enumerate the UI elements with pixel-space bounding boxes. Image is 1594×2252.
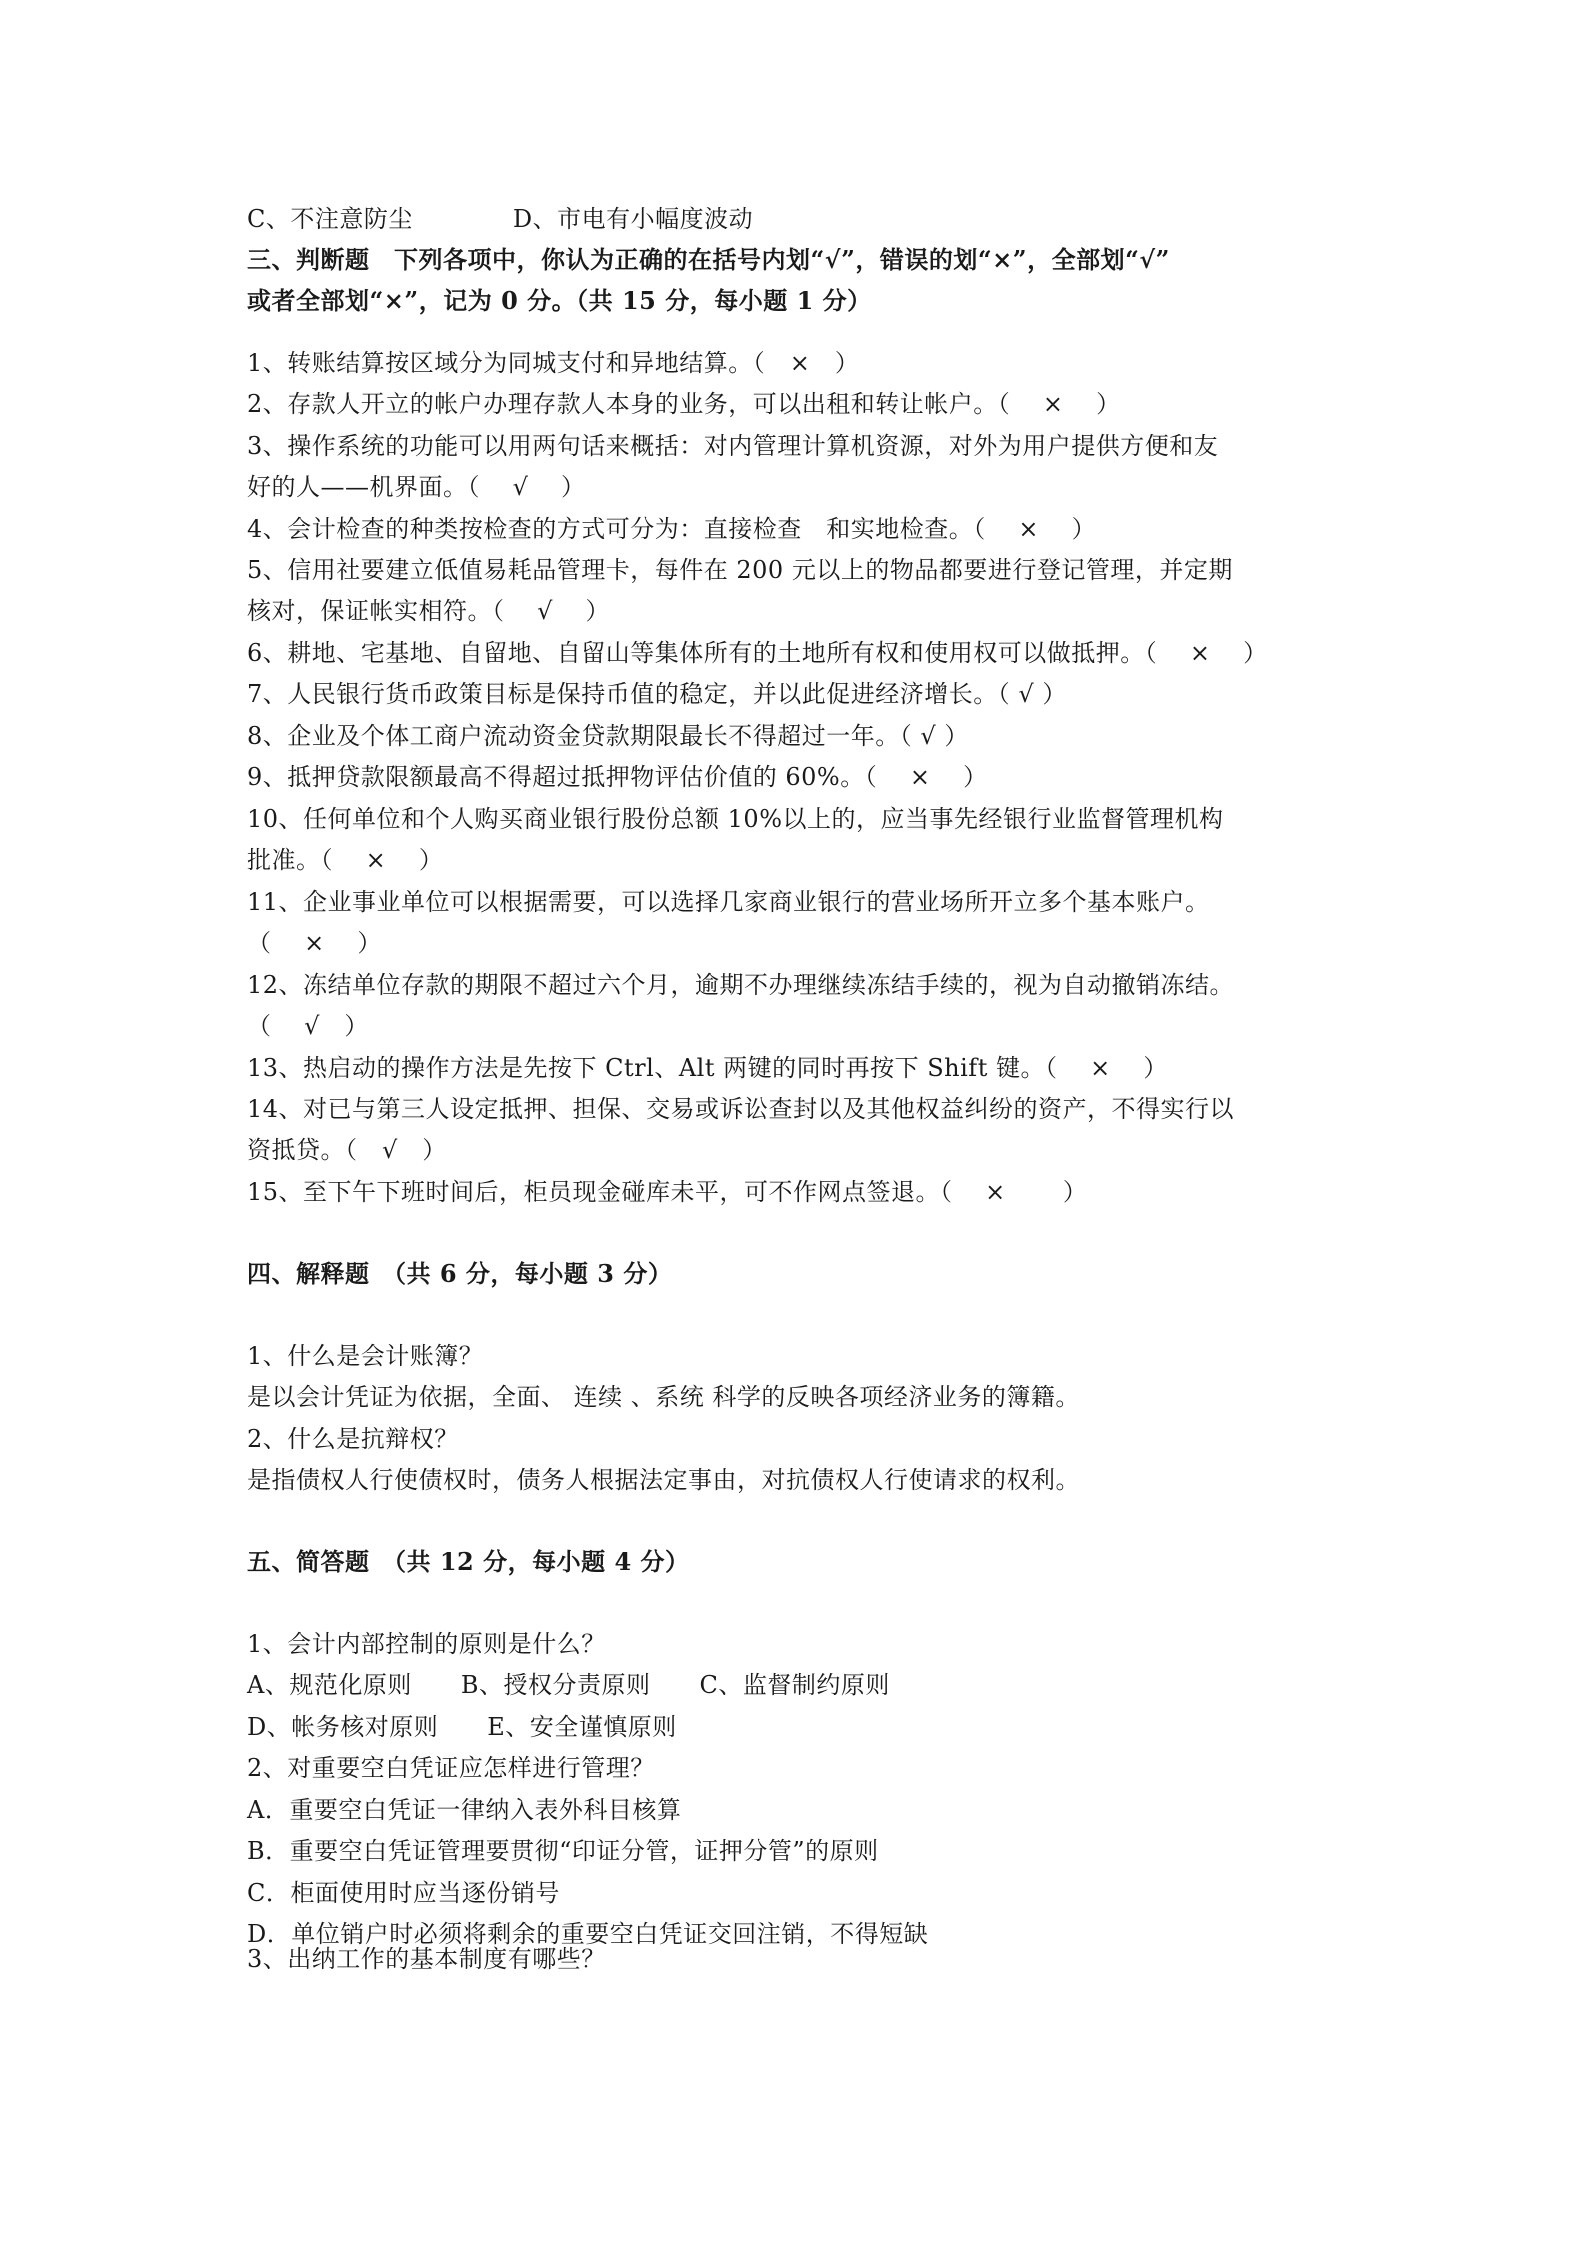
short-a1-line1: A、规范化原则 B、授权分责原则 C、监督制约原则: [247, 1670, 890, 1700]
previous-question-options: C、不注意防尘D、市电有小幅度波动: [247, 204, 753, 234]
section4-heading: 四、解释题 （共 6 分，每小题 3 分）: [247, 1259, 672, 1289]
judgment-item-3: 3、操作系统的功能可以用两句话来概括：对内管理计算机资源，对外为用户提供方便和友: [247, 431, 1218, 461]
explain-a2: 是指债权人行使债权时，债务人根据法定事由，对抗债权人行使请求的权利。: [247, 1465, 1080, 1495]
option-c: C、不注意防尘: [247, 205, 413, 233]
section3-heading-line1: 三、判断题 下列各项中，你认为正确的在括号内划“√”，错误的划“×”，全部划“√…: [247, 245, 1170, 275]
short-q3: 3、出纳工作的基本制度有哪些？: [247, 1944, 606, 1974]
judgment-item-12-cont: （ √ ）: [247, 1011, 369, 1041]
short-a2-b: B．重要空白凭证管理要贯彻“印证分管，证押分管”的原则: [247, 1836, 879, 1866]
section3-heading-line2: 或者全部划“×”，记为 0 分。（共 15 分，每小题 1 分）: [247, 286, 872, 316]
section5-heading: 五、简答题 （共 12 分，每小题 4 分）: [247, 1547, 690, 1577]
judgment-item-7: 7、人民银行货币政策目标是保持币值的稳定，并以此促进经济增长。（ √ ）: [247, 679, 1067, 709]
judgment-item-10: 10、任何单位和个人购买商业银行股份总额 10%以上的，应当事先经银行业监督管理…: [247, 804, 1224, 834]
judgment-item-12: 12、冻结单位存款的期限不超过六个月，逾期不办理继续冻结手续的，视为自动撤销冻结…: [247, 970, 1234, 1000]
short-a2-c: C．柜面使用时应当逐份销号: [247, 1878, 560, 1908]
judgment-item-14: 14、对已与第三人设定抵押、担保、交易或诉讼查封以及其他权益纠纷的资产，不得实行…: [247, 1094, 1234, 1124]
judgment-item-10-cont: 批准。（ × ）: [247, 845, 443, 875]
short-q2: 2、对重要空白凭证应怎样进行管理？: [247, 1753, 655, 1783]
short-a1-line2: D、帐务核对原则 E、安全谨慎原则: [247, 1712, 677, 1742]
judgment-item-3-cont: 好的人——机界面。（ √ ）: [247, 472, 586, 502]
explain-a1: 是以会计凭证为依据，全面、 连续 、系统 科学的反映各项经济业务的簿籍。: [247, 1382, 1080, 1412]
explain-q2: 2、什么是抗辩权？: [247, 1424, 459, 1454]
option-d: D、市电有小幅度波动: [513, 205, 753, 233]
judgment-item-5-cont: 核对，保证帐实相符。（ √ ）: [247, 596, 610, 626]
judgment-item-4: 4、会计检查的种类按检查的方式可分为：直接检查 和实地检查。（ × ）: [247, 514, 1096, 544]
judgment-item-1: 1、转账结算按区域分为同城支付和异地结算。（ × ）: [247, 348, 859, 378]
judgment-item-14-cont: 资抵贷。（ √ ）: [247, 1135, 447, 1165]
judgment-item-15: 15、至下午下班时间后，柜员现金碰库未平，可不作网点签退。（ × ）: [247, 1177, 1087, 1207]
judgment-item-8: 8、企业及个体工商户流动资金贷款期限最长不得超过一年。（ √ ）: [247, 721, 969, 751]
judgment-item-2: 2、存款人开立的帐户办理存款人本身的业务，可以出租和转让帐户。（ × ）: [247, 389, 1121, 419]
explain-q1: 1、什么是会计账簿？: [247, 1341, 483, 1371]
judgment-item-11: 11、企业事业单位可以根据需要，可以选择几家商业银行的营业场所开立多个基本账户。: [247, 887, 1210, 917]
judgment-item-6: 6、耕地、宅基地、自留地、自留山等集体所有的土地所有权和使用权可以做抵押。（ ×…: [247, 638, 1268, 668]
document-page: C、不注意防尘D、市电有小幅度波动 三、判断题 下列各项中，你认为正确的在括号内…: [0, 0, 1594, 2252]
judgment-item-13: 13、热启动的操作方法是先按下 Ctrl、Alt 两键的同时再按下 Shift …: [247, 1053, 1168, 1083]
short-a2-a: A．重要空白凭证一律纳入表外科目核算: [247, 1795, 681, 1825]
judgment-item-11-cont: （ × ）: [247, 928, 382, 958]
short-q1: 1、会计内部控制的原则是什么？: [247, 1629, 606, 1659]
judgment-item-9: 9、抵押贷款限额最高不得超过抵押物评估价值的 60%。（ × ）: [247, 762, 988, 792]
judgment-item-5: 5、信用社要建立低值易耗品管理卡，每件在 200 元以上的物品都要进行登记管理，…: [247, 555, 1233, 585]
